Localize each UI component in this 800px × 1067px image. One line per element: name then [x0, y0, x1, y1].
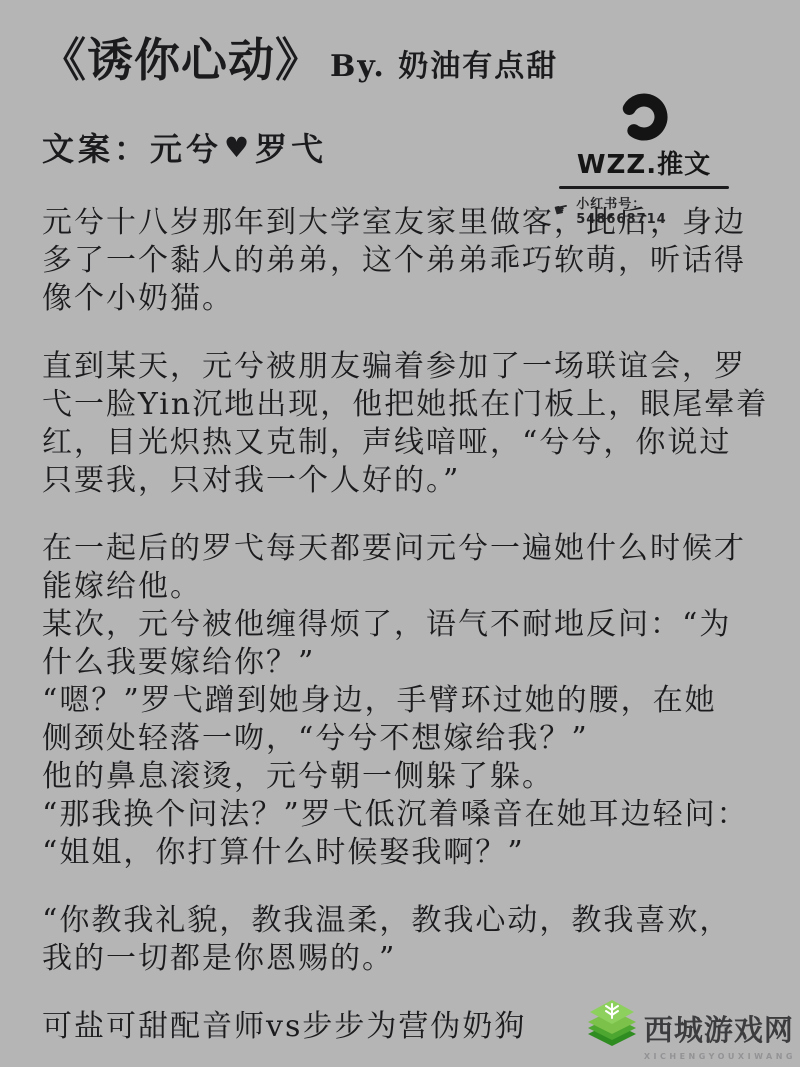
promo-account-name: WZZ.推文: [577, 144, 711, 181]
xiaohongshu-account-number: 小红书号：548668714: [576, 193, 734, 227]
promo-card: 《诱你心动》 By. 奶油有点甜 文案： 元兮 ♥ 罗弋 WZZ.推文 ☛ 小红…: [0, 0, 800, 1067]
promo-divider: [559, 186, 729, 189]
author-byline: By. 奶油有点甜: [330, 41, 558, 85]
title-row: 《诱你心动》 By. 奶油有点甜: [0, 0, 800, 90]
site-watermark: 西城游戏网 XICHENGYOUXIWANG: [586, 998, 796, 1061]
pointing-finger-icon: ☛: [552, 200, 571, 220]
promo-stamp: WZZ.推文 ☛ 小红书号：548668714: [554, 92, 734, 227]
xicheng-logo-icon: [586, 998, 638, 1056]
paragraph-quote: “你教我礼貌，教我温柔，教我心动，教我喜欢， 我的一切都是你恩赐的。”: [42, 902, 790, 978]
pairing-name-right: 罗弋: [255, 124, 327, 170]
watermark-site-romanized: XICHENGYOUXIWANG: [644, 1052, 796, 1061]
paragraph-proposal-dialogue: 在一起后的罗弋每天都要问元兮一遍她什么时候才 能嫁给他。 某次，元兮被他缠得烦了…: [42, 530, 790, 872]
book-title: 《诱你心动》: [40, 24, 322, 90]
copy-label: 文案：: [42, 124, 150, 170]
paragraph-party-scene: 直到某天，元兮被朋友骗着参加了一场联谊会，罗 弋一脸Yin沉地出现，他把她抵在门…: [42, 348, 790, 500]
heart-icon: ♥: [224, 131, 253, 164]
synopsis: 元兮十八岁那年到大学室友家里做客，此后，身边 多了一个黏人的弟弟，这个弟弟乖巧软…: [0, 204, 800, 1046]
ink-blob-icon: [613, 92, 675, 142]
watermark-text: 西城游戏网 XICHENGYOUXIWANG: [644, 1008, 796, 1061]
pairing-name-left: 元兮: [150, 124, 222, 170]
promo-account-row: ☛ 小红书号：548668714: [554, 193, 734, 227]
watermark-site-name: 西城游戏网: [644, 1008, 794, 1049]
